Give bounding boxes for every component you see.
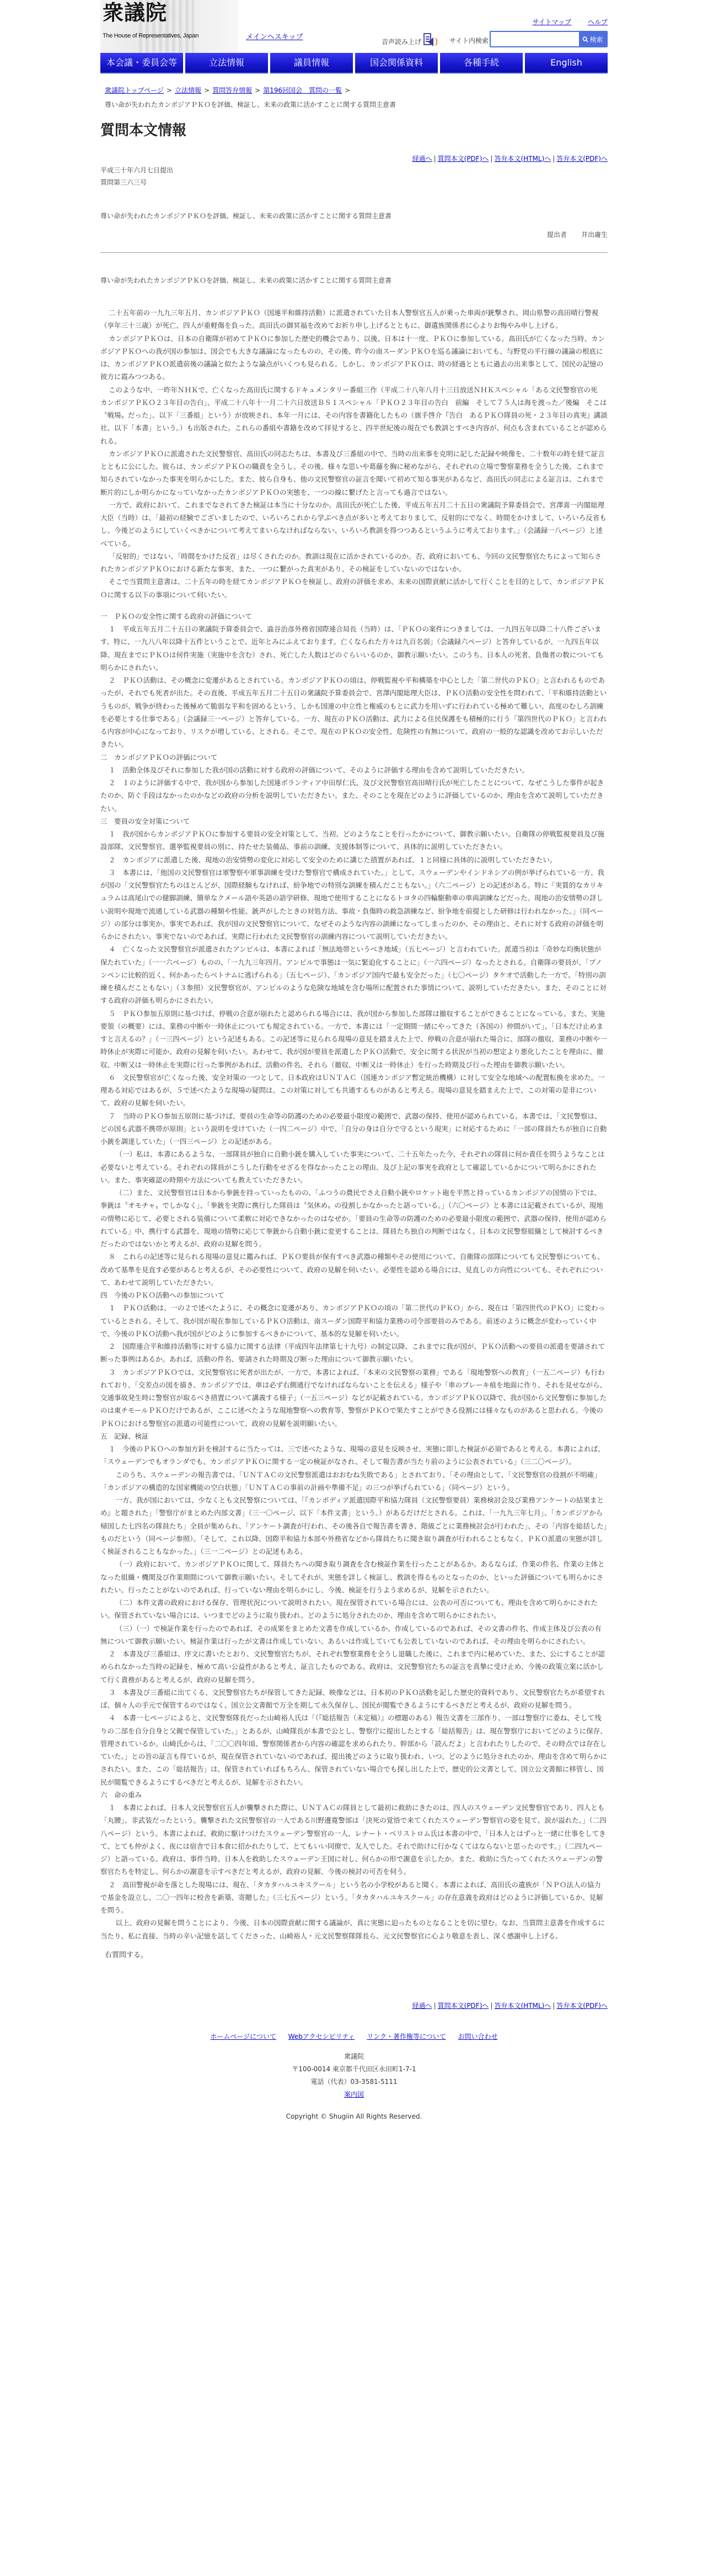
closing-statement: 右質問する。 (100, 1949, 608, 1962)
body-title: 尊い命が失われたカンボジアＰＫＯを評価、検証し、未来の政策に活かすことに関する質… (100, 275, 608, 287)
links-copyright-link[interactable]: リンク・著作権等について (367, 2033, 446, 2040)
skip-to-main-link[interactable]: メインへスキップ (246, 31, 303, 44)
body-paragraph: １ 本書によれば、日本人文民警察官五人が襲撃された際に、ＵＮＴＡＣの隊員として最… (100, 1801, 608, 1878)
about-homepage-link[interactable]: ホームページについて (210, 2033, 276, 2040)
site-header: 衆議院 The House of Representatives, Japan … (89, 0, 619, 53)
document-links-top: 経過へ|質問本文(PDF)へ|答弁本文(HTML)へ|答弁本文(PDF)へ (100, 153, 608, 165)
breadcrumb-current: 尊い命が失われたカンボジアＰＫＯを評価、検証し、未来の政策に活かすことに関する質… (105, 99, 608, 111)
progress-link[interactable]: 経過へ (412, 155, 432, 163)
body-paragraph: 一方で、政府において、これまでなされてきた検証は本当に十分なのか。高田氏が死亡し… (100, 499, 608, 550)
org-name: 衆議院 (89, 2050, 619, 2063)
body-paragraph: カンボジアＰＫＯに派遣された文民警察官、高田氏の同志たちは、本書及び三番組の中で… (100, 447, 608, 499)
body-paragraph: （二）本件文書の政府における保存、管理状況について説明されたい。現在保管されてい… (100, 1596, 608, 1622)
question-pdf-link[interactable]: 質問本文(PDF)へ (438, 2002, 489, 2010)
breadcrumb-separator: > (255, 87, 260, 94)
section-heading: 二 カンボジアＰＫＯの評価について (100, 751, 608, 764)
submitter-label: 提出者 (547, 231, 567, 239)
logo-english: The House of Representatives, Japan (103, 31, 199, 42)
link-separator: | (490, 155, 492, 163)
body-paragraph: ７ 当時のＰＫＯ参加五原則に基づけば、要員の生命等の防護のための必要最小限度の範… (100, 1110, 608, 1148)
question-body: 二十五年前の一九九三年五月、カンボジアＰＫＯ（国連平和維持活動）に派遣されていた… (100, 306, 608, 1942)
body-paragraph: １ 我が国からカンボジアＰＫＯに参加する要員の安全対策として、当初、どのようなこ… (100, 828, 608, 854)
body-paragraph: １ 活動全体及びそれに参加した我が国の活動に対する政府の評価について、そのように… (100, 764, 608, 776)
help-link[interactable]: ヘルプ (588, 18, 608, 26)
body-paragraph: ５ ＰＫＯ参加五原則に基づけば、停戦の合意が崩れたと認められる場合には、我が国か… (100, 1007, 608, 1071)
text-to-speech[interactable]: 音声読み上げ (382, 33, 437, 48)
document-meta: 平成三十年六月七日提出 質問第三六三号 (100, 165, 608, 188)
breadcrumb-qa-info[interactable]: 質問答弁情報 (212, 87, 252, 94)
submitter: 提出者井出庸生 (100, 229, 608, 241)
body-paragraph: ２ カンボジアに派遣した後、現地の治安情勢の変化に対応して安全のために講じた措置… (100, 854, 608, 866)
body-paragraph: １ 今後のＰＫＯへの参加方針を検討するに当たっては、三で述べたような、現場の意見… (100, 1443, 608, 1468)
site-search: サイト内検索 検索 (449, 31, 608, 47)
breadcrumb-home[interactable]: 衆議院トップページ (105, 87, 164, 94)
search-button[interactable]: 検索 (579, 32, 607, 46)
page-title: 質問本文情報 (100, 121, 608, 141)
section-heading: 五 記録、検証 (100, 1430, 608, 1443)
breadcrumb: 衆議院トップページ>立法情報>質問答弁情報>第196回国会 質問の一覧> (100, 85, 608, 97)
link-separator: | (553, 155, 555, 163)
divider (100, 252, 608, 253)
body-paragraph: そこで当質問主意書は、二十五年の時を経てカンボジアＰＫＯを検証し、政府の評価を求… (100, 575, 608, 601)
breadcrumb-legislation[interactable]: 立法情報 (175, 87, 201, 94)
org-phone: 電話（代表）03-3581-5111 (89, 2076, 619, 2088)
section-heading: 一 ＰＫＯの安全性に関する政府の評価について (100, 610, 608, 623)
search-label: サイト内検索 (449, 35, 489, 47)
breadcrumb-separator: > (204, 87, 210, 94)
nav-diet-materials[interactable]: 国会関係資料 (355, 53, 438, 74)
body-paragraph: ２ 国際連合平和維持活動等に対する協力に関する法律（平成四年法律第七十九号）の制… (100, 1340, 608, 1366)
speaker-document-icon[interactable] (422, 33, 437, 48)
body-paragraph: ３ 本書には、「他国の文民警察官は軍警察や軍事訓練を受けた警察官で構成されていた… (100, 866, 608, 943)
body-paragraph: ４ 本書一七ページによると、文民警察隊長だった山崎裕人氏は「（『総括報告（未定稿… (100, 1711, 608, 1789)
answer-html-link[interactable]: 答弁本文(HTML)へ (494, 155, 551, 163)
nav-members[interactable]: 議員情報 (270, 53, 353, 74)
copyright: Copyright © Shugiin All Rights Reserved. (89, 2111, 619, 2123)
question-number: 質問第三六三号 (100, 177, 608, 189)
answer-pdf-link[interactable]: 答弁本文(PDF)へ (556, 155, 608, 163)
search-box: 検索 (490, 31, 608, 47)
web-accessibility-link[interactable]: Webアクセシビリティ (288, 2033, 355, 2040)
body-paragraph: （三）（一）で検証作業を行ったのであれば、その成果をまとめた文書を作成しているか… (100, 1622, 608, 1648)
body-paragraph: ８ これらの記述等に見られる現場の意見に鑑みれば、ＰＫＯ要員が保有すべき武器の種… (100, 1250, 608, 1289)
answer-pdf-link[interactable]: 答弁本文(PDF)へ (556, 2002, 608, 2010)
body-paragraph: ２ 本書及び三番組は、序文に書いたとおり、文民警察官たちが、それぞれ警察業務を全… (100, 1648, 608, 1686)
breadcrumb-separator: > (167, 87, 172, 94)
question-pdf-link[interactable]: 質問本文(PDF)へ (438, 155, 489, 163)
body-paragraph: 二十五年前の一九九三年五月、カンボジアＰＫＯ（国連平和維持活動）に派遣されていた… (100, 306, 608, 332)
access-map-link[interactable]: 案内図 (344, 2091, 364, 2098)
sitemap-link[interactable]: サイトマップ (532, 18, 571, 26)
nav-procedures[interactable]: 各種手続 (440, 53, 523, 74)
body-paragraph: ３ 本書及び三番組に出てくる、文民警察官たちが保管してきた記録、映像などは、日本… (100, 1686, 608, 1712)
magnifier-icon (582, 36, 588, 42)
body-paragraph: このうち、スウェーデンの報告書では、「ＵＮＴＡＣの文民警察派遣はおおむね失敗であ… (100, 1468, 608, 1494)
link-separator: | (434, 2002, 436, 2010)
search-input[interactable] (491, 32, 579, 46)
submitter-name: 井出庸生 (581, 231, 608, 239)
answer-html-link[interactable]: 答弁本文(HTML)へ (494, 2002, 551, 2010)
body-paragraph: 一方、我が国においては、少なくとも文民警察については、「『カンボディア派遣国際平… (100, 1494, 608, 1558)
nav-english[interactable]: English (525, 53, 608, 74)
org-address: 〒100-0014 東京都千代田区永田町1-7-1 (89, 2063, 619, 2076)
search-button-label: 検索 (589, 35, 603, 44)
body-paragraph: ２ ＰＫＯ活動は、その概念に変遷があるとされている。カンボジアＰＫＯの頃は、停戦… (100, 674, 608, 751)
site-footer: ホームページについて Webアクセシビリティ リンク・著作権等について お問い合… (89, 2031, 619, 2156)
document-title: 尊い命が失われたカンボジアＰＫＯを評価、検証し、未来の政策に活かすことに関する質… (100, 210, 608, 223)
body-paragraph: （一）私は、本書にあるような、一部隊員が独自に自動小銃を購入していた事実について… (100, 1148, 608, 1186)
body-paragraph: ２ 高田警視が命を落とした現場には、現在、「タカタハルユキスクール」という名の小… (100, 1878, 608, 1917)
body-paragraph: ６ 文民警察官が亡くなった後、安全対策の一つとして、日本政府はＵＮＴＡＣ（国連カ… (100, 1071, 608, 1110)
progress-link[interactable]: 経過へ (412, 2002, 432, 2010)
tts-label: 音声読み上げ (382, 36, 421, 48)
logo-kanji: 衆議院 (103, 1, 167, 24)
link-separator: | (434, 155, 436, 163)
footer-organization: 衆議院 〒100-0014 東京都千代田区永田町1-7-1 電話（代表）03-3… (89, 2050, 619, 2100)
main-content: 平成三十年六月七日提出 質問第三六三号 尊い命が失われたカンボジアＰＫＯを評価、… (100, 165, 608, 1962)
body-paragraph: （二）また、文民警察官は日本から拳銃を持っていったものの、「ふつうの農民でさえ自… (100, 1186, 608, 1250)
utility-links: サイトマップ ヘルプ (518, 17, 608, 29)
body-paragraph: ２ １のように評価する中で、我が国から参加した国連ボランティア中田厚仁氏、及び文… (100, 776, 608, 815)
body-paragraph: 以上、政府の見解を問うことにより、今後、日本の国際貢献に関する議論が、真に実態に… (100, 1916, 608, 1942)
global-nav: 本会議・委員会等 立法情報 議員情報 国会関係資料 各種手続 English (100, 53, 608, 74)
contact-link[interactable]: お問い合わせ (458, 2033, 498, 2040)
breadcrumb-separator: > (345, 87, 350, 94)
link-separator: | (553, 2002, 555, 2010)
breadcrumb-session-list[interactable]: 第196回国会 質問の一覧 (263, 87, 342, 94)
link-separator: | (490, 2002, 492, 2010)
body-paragraph: カンボジアＰＫＯは、日本の自衛隊が初めてＰＫＯに参加した歴史的機会であり、以後、… (100, 332, 608, 384)
body-paragraph: ３ カンボジアＰＫＯでは、文民警察官に死者が出たが、一方で、本書によれば、「本来… (100, 1366, 608, 1430)
section-heading: 三 要員の安全対策について (100, 815, 608, 828)
body-paragraph: （一）政府において、カンボジアＰＫＯに関して、隊員たちへの聞き取り調査を含む検証… (100, 1558, 608, 1596)
footer-links: ホームページについて Webアクセシビリティ リンク・著作権等について お問い合… (89, 2031, 619, 2043)
submission-date: 平成三十年六月七日提出 (100, 165, 608, 177)
body-paragraph: 「反射的」ではない、「時間をかけた反省」は尽くされたのか。教訓は現在に活かされて… (100, 550, 608, 576)
nav-legislation[interactable]: 立法情報 (185, 53, 268, 74)
body-paragraph: １ ＰＫＯ活動は、一の２で述べたように、その概念に変遷があり、カンボジアＰＫＯの… (100, 1301, 608, 1340)
body-paragraph: このような中、一昨年ＮＨＫで、亡くなった高田氏に関するドキュメンタリー番組三作（… (100, 384, 608, 447)
nav-plenary-committees[interactable]: 本会議・委員会等 (100, 53, 183, 74)
site-logo[interactable]: 衆議院 The House of Representatives, Japan (100, 0, 238, 53)
section-heading: 四 今後のＰＫＯ活動への参加について (100, 1289, 608, 1301)
page: 衆議院 The House of Representatives, Japan … (89, 0, 619, 2156)
body-paragraph: ４ 亡くなった文民警察官が派遣されたアンピルは、本書によれば「無法地帯というべき… (100, 943, 608, 1007)
section-heading: 六 命の重み (100, 1789, 608, 1801)
document-links-bottom: 経過へ|質問本文(PDF)へ|答弁本文(HTML)へ|答弁本文(PDF)へ (100, 2000, 608, 2012)
body-paragraph: １ 平成五年五月二十五日の衆議院予算委員会で、澁谷治彦外務省国際連合局長（当時）… (100, 623, 608, 674)
